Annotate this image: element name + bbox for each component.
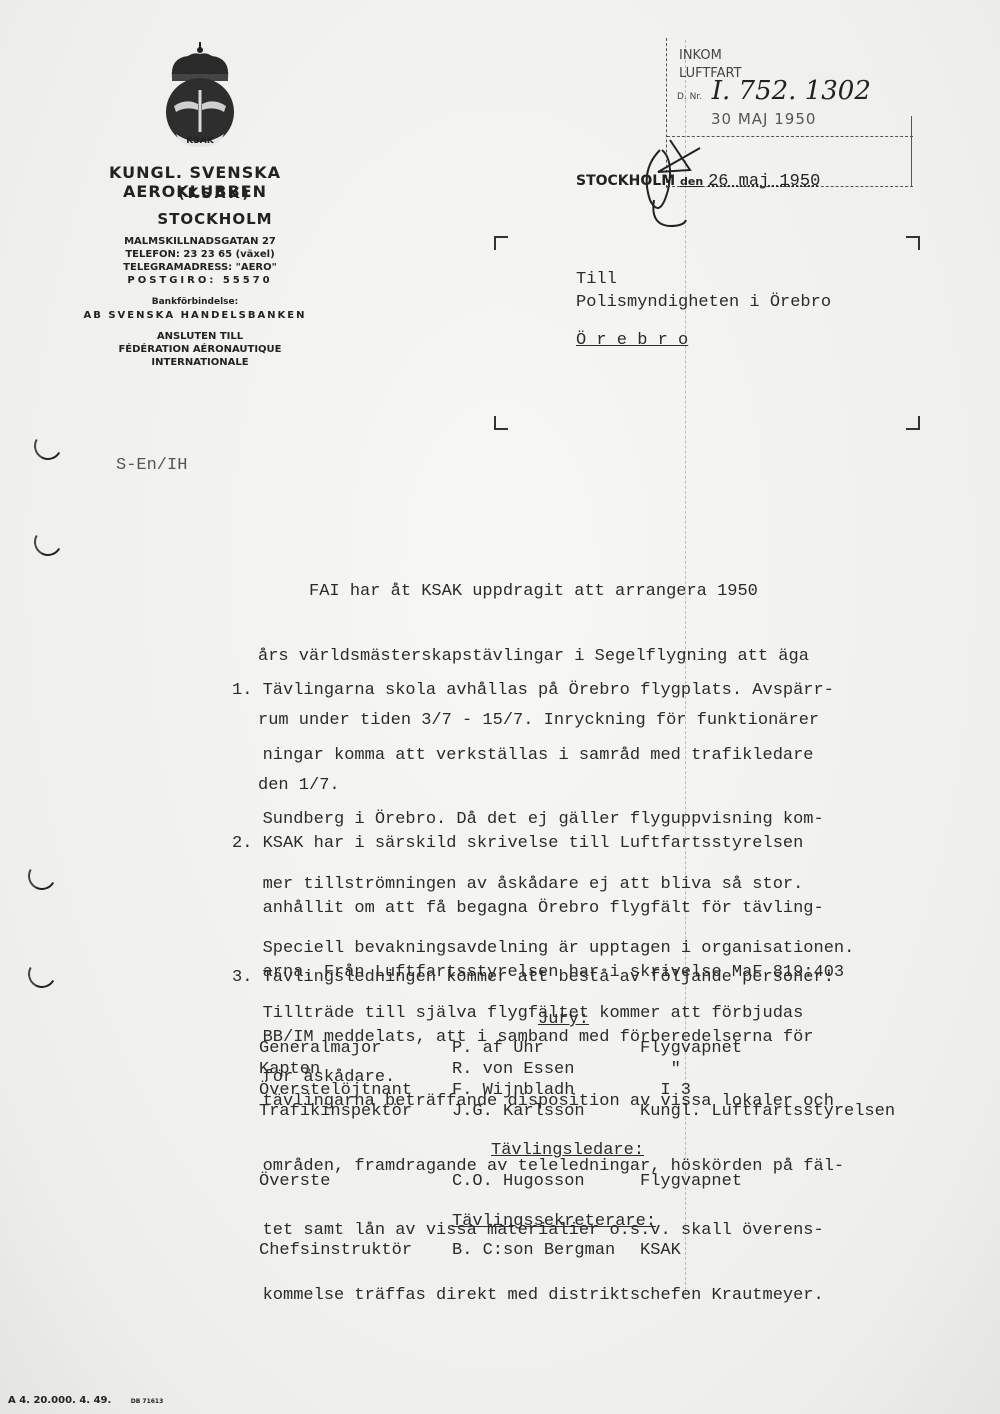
person-name: R. von Essen	[452, 1059, 640, 1080]
person-name: B. C:son Bergman	[452, 1240, 640, 1261]
person-title: Trafikinspektör	[259, 1101, 452, 1122]
text-line: ningar komma att verkställas i samråd me…	[232, 745, 952, 767]
person-row: ÖverstelöjtnantF. Wijnbladh I 3	[259, 1080, 940, 1101]
reference-code: S-En/IH	[116, 456, 187, 475]
stamp-date: 30 MAJ 1950	[711, 110, 816, 128]
jury-table: GeneralmajorP. af UhrFlygvapnetKaptenR. …	[259, 1038, 940, 1122]
jury-heading: Jury:	[538, 1010, 589, 1029]
dateline-den: den	[680, 175, 703, 188]
stamp-right-border	[911, 116, 912, 186]
bank-info: Bankförbindelse: AB SVENSKA HANDELSBANKE…	[60, 296, 330, 322]
dateline: STOCKHOLM den 26 maj 1950	[576, 172, 820, 191]
window-corner-tr	[906, 236, 920, 250]
print-code-small: DB 71613	[131, 1398, 164, 1405]
person-organization: I 3	[640, 1080, 940, 1101]
print-code-main: A 4. 20.000. 4. 49.	[8, 1395, 111, 1406]
recipient-authority: Polismyndigheten i Örebro	[576, 291, 831, 314]
organization-abbreviation: (KSAK)	[120, 186, 310, 202]
stamp-inkom: INKOM	[679, 48, 722, 63]
affiliation-line-1: ANSLUTEN TILL	[80, 330, 320, 343]
text-line: kommelse träffas direkt med distriktsche…	[232, 1285, 952, 1307]
person-title: Chefsinstruktör	[259, 1240, 452, 1261]
affiliation-line-2: FÉDÉRATION AÉRONAUTIQUE	[80, 343, 320, 356]
leader-table: ÖversteC.O. HugossonFlygvapnet	[259, 1171, 940, 1192]
person-row: ChefsinstruktörB. C:son BergmanKSAK	[259, 1240, 940, 1261]
person-row: KaptenR. von Essen "	[259, 1059, 940, 1080]
window-corner-br	[906, 416, 920, 430]
person-name: F. Wijnbladh	[452, 1080, 640, 1101]
text-line: 1. Tävlingarna skola avhållas på Örebro …	[232, 680, 952, 702]
punch-hole	[31, 429, 65, 463]
stamp-number: D. Nr. I. 752. 1302	[677, 76, 871, 106]
person-organization: "	[640, 1059, 940, 1080]
person-organization: KSAK	[640, 1240, 940, 1261]
person-organization: Flygvapnet	[640, 1171, 940, 1192]
text-line: anhållit om att få begagna Örebro flygfä…	[232, 898, 952, 920]
window-corner-bl	[494, 416, 508, 430]
affiliation-line-3: INTERNATIONALE	[80, 356, 320, 369]
text-line: 2. KSAK har i särskild skrivelse till Lu…	[232, 833, 952, 855]
dateline-city: STOCKHOLM	[576, 173, 675, 189]
person-name: C.O. Hugosson	[452, 1171, 640, 1192]
recipient-city: Ö r e b r o	[576, 329, 688, 352]
leader-heading: Tävlingsledare:	[491, 1141, 644, 1160]
organization-address: MALMSKILLNADSGATAN 27 TELEFON: 23 23 65 …	[80, 235, 320, 287]
person-row: ÖversteC.O. HugossonFlygvapnet	[259, 1171, 940, 1192]
person-title: Överstelöjtnant	[259, 1080, 452, 1101]
bank-label: Bankförbindelse:	[60, 296, 330, 309]
person-title: Kapten	[259, 1059, 452, 1080]
item-3-line: 3. Tävlingsledningen kommer att bestå av…	[232, 967, 952, 989]
person-row: TrafikinspektörJ.G. KarlssonKungl. Luftf…	[259, 1101, 940, 1122]
person-name: J.G. Karlsson	[452, 1101, 640, 1122]
stamp-nr-value: I. 752. 1302	[712, 76, 871, 106]
person-title: Generalmajor	[259, 1038, 452, 1059]
letter-date: 26 maj 1950	[708, 172, 820, 191]
secretary-heading: Tävlingssekreterare:	[452, 1212, 656, 1231]
bank-name: AB SVENSKA HANDELSBANKEN	[60, 309, 330, 322]
letter-page: KSAK KUNGL. SVENSKA AEROKLUBBEN (KSAK) S…	[0, 0, 1000, 1414]
svg-text:KSAK: KSAK	[186, 136, 214, 146]
person-name: P. af Uhr	[452, 1038, 640, 1059]
stamp-nr-label: D. Nr.	[677, 92, 702, 102]
organization-city: STOCKHOLM	[120, 210, 310, 228]
print-code: A 4. 20.000. 4. 49. DB 71613	[8, 1395, 163, 1406]
window-corner-tl	[494, 236, 508, 250]
person-row: GeneralmajorP. af UhrFlygvapnet	[259, 1038, 940, 1059]
recipient-line-till: Till	[576, 268, 617, 291]
ksak-crown-emblem-icon: KSAK	[160, 40, 240, 152]
address-street: MALMSKILLNADSGATAN 27	[80, 235, 320, 248]
punch-hole	[25, 859, 59, 893]
punch-hole	[25, 957, 59, 991]
punch-hole	[31, 525, 65, 559]
person-title: Överste	[259, 1171, 452, 1192]
text-line: FAI har åt KSAK uppdragit att arrangera …	[258, 581, 978, 603]
secretary-table: ChefsinstruktörB. C:son BergmanKSAK	[259, 1240, 940, 1261]
address-postgiro: POSTGIRO: 55570	[80, 274, 320, 287]
person-organization: Kungl. Luftfartsstyrelsen	[640, 1101, 940, 1122]
address-telegram: TELEGRAMADRESS: "AERO"	[80, 261, 320, 274]
affiliation: ANSLUTEN TILL FÉDÉRATION AÉRONAUTIQUE IN…	[80, 330, 320, 369]
person-organization: Flygvapnet	[640, 1038, 940, 1059]
address-phone: TELEFON: 23 23 65 (växel)	[80, 248, 320, 261]
